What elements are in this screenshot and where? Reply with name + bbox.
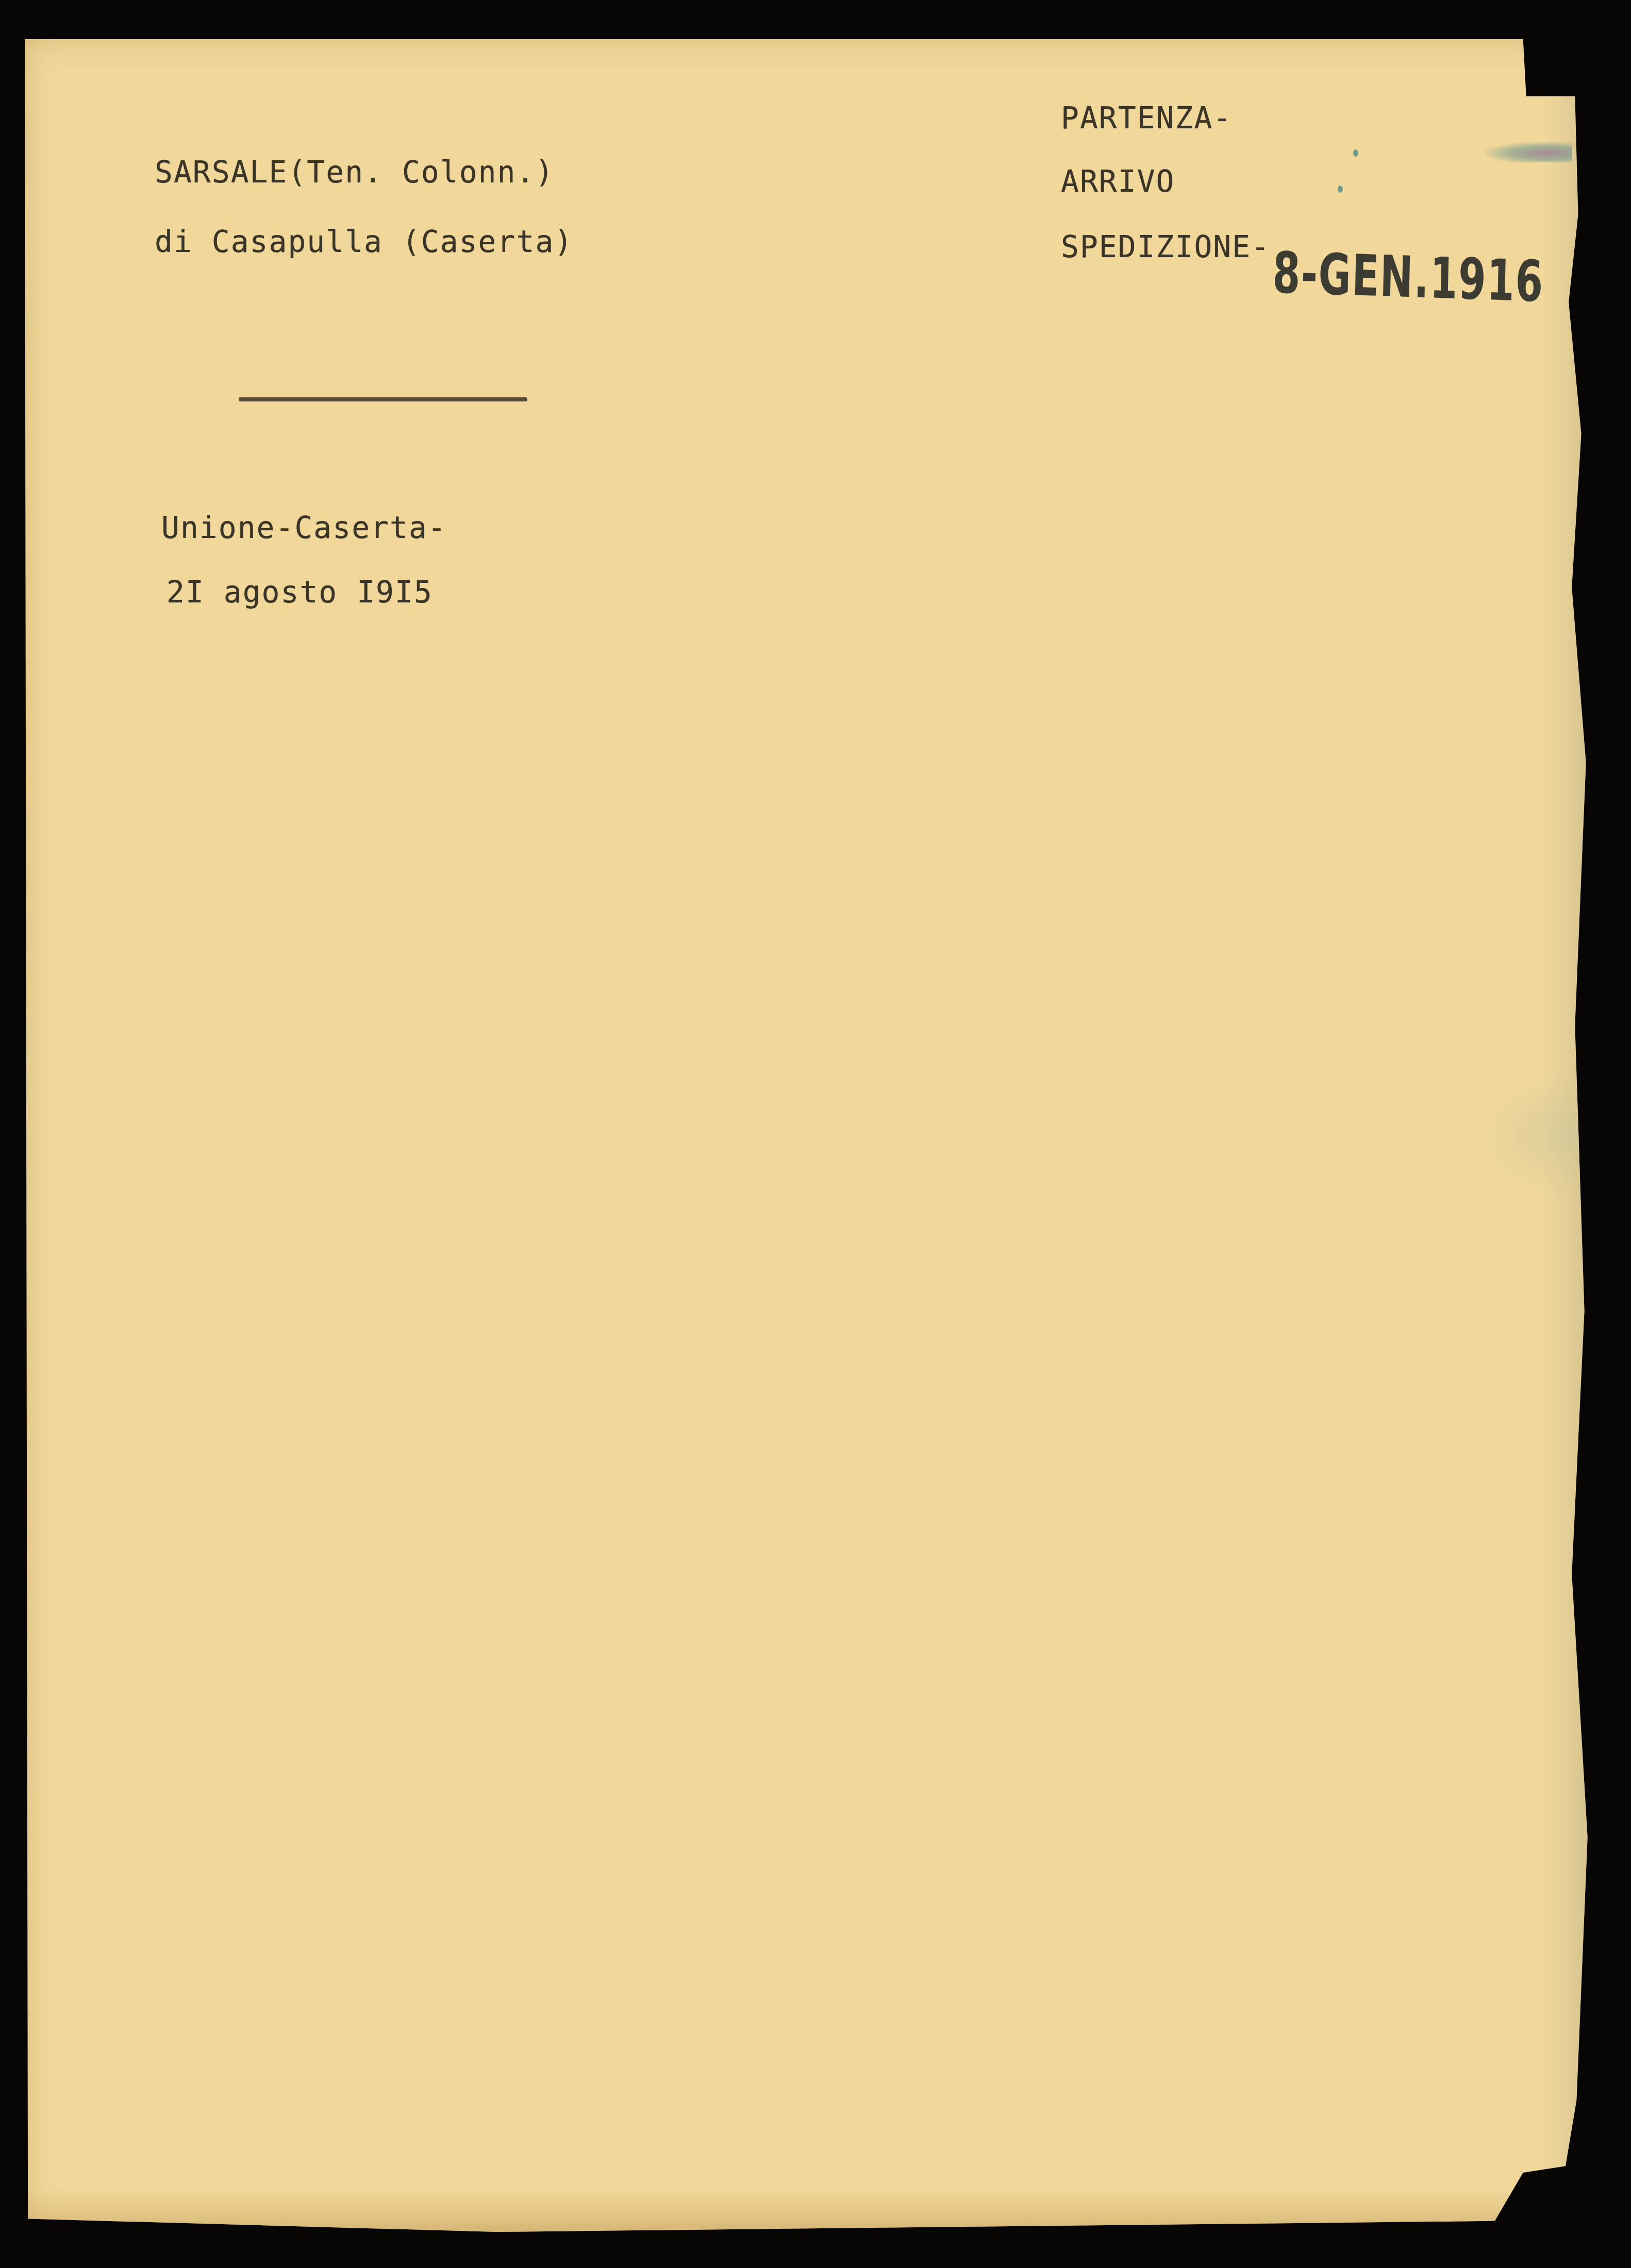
document-scan: SARSALE(Ten. Colonn.) di Casapulla (Case…: [0, 0, 1631, 2268]
origin-line: Unione-Caserta-: [161, 510, 447, 545]
ink-speck: [1338, 186, 1343, 193]
addressee-location: di Casapulla (Caserta): [155, 224, 573, 259]
ink-stain: [1485, 142, 1572, 162]
separator-rule: [239, 397, 527, 401]
label-arrivo: ARRIVO: [1061, 164, 1175, 199]
paper-sheet: [25, 39, 1597, 2232]
label-spedizione: SPEDIZIONE-: [1061, 229, 1270, 264]
ink-speck: [1353, 149, 1358, 157]
origin-date: 2I agosto I9I5: [167, 575, 433, 610]
date-stamp: 8-GEN.1916: [1272, 240, 1544, 315]
addressee-name: SARSALE(Ten. Colonn.): [155, 155, 554, 190]
label-partenza: PARTENZA-: [1061, 100, 1232, 136]
